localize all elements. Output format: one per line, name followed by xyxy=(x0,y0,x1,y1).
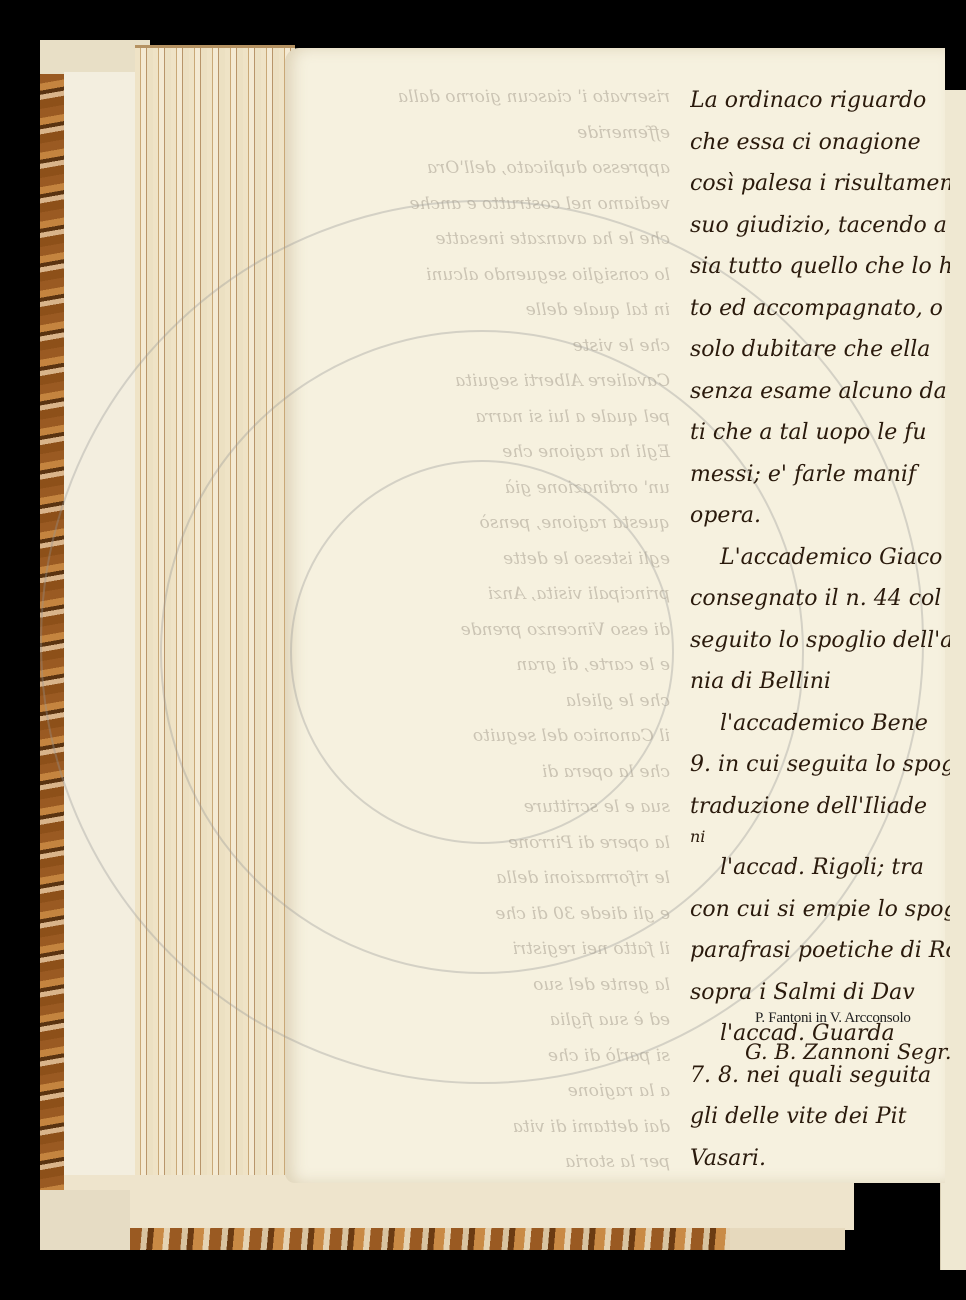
text-line: sia tutto quello che lo ha xyxy=(690,246,950,288)
bleed-line: di esso Vincenzo prende xyxy=(300,613,670,649)
text-line: traduzione dell'Iliade xyxy=(690,786,950,828)
bleed-line: la gente del suo xyxy=(300,968,670,1004)
text-line: ti che a tal uopo le fu xyxy=(690,412,950,454)
text-line: così palesa i risultamen xyxy=(690,163,950,205)
pastedown-bottom xyxy=(64,1175,854,1230)
bleed-line: che le gliela xyxy=(300,684,670,720)
signature: G. B. Zannoni Segr. xyxy=(745,1040,952,1064)
bleed-line: si parlò di che xyxy=(300,1039,670,1075)
bleed-line: che le viste xyxy=(300,329,670,365)
bleed-line: che le ha avanzate inesatte xyxy=(300,222,670,258)
bleed-line: per la storia xyxy=(300,1145,670,1181)
bleed-line: dai dettami di vita xyxy=(300,1110,670,1146)
text-line: La ordinaco riguardo xyxy=(690,80,950,122)
bleed-line: il fatto nei registri xyxy=(300,932,670,968)
bleed-line: a la ragione xyxy=(300,1074,670,1110)
text-line: senza esame alcuno da xyxy=(690,371,950,413)
text-line: opera. xyxy=(690,495,950,537)
bleed-line: sua e le scritture xyxy=(300,790,670,826)
text-line: to ed accompagnato, o d xyxy=(690,288,950,330)
bleed-line: e gli diede 30 di che xyxy=(300,897,670,933)
text-line: parafrasi poetiche di Ro xyxy=(690,930,950,972)
stamp-text: P. Fantoni in V. Arcconsolo xyxy=(755,1010,911,1027)
bleed-line: lo consiglio seguendo alcuni xyxy=(300,258,670,294)
marbled-board-bottom xyxy=(130,1228,730,1250)
bleed-line: ed è sua figlia xyxy=(300,1003,670,1039)
bleed-line: egli istesso le dette xyxy=(300,542,670,578)
bleed-line: riservato i' ciascun giorno dalla xyxy=(300,80,670,116)
bleed-line: che la opera di xyxy=(300,755,670,791)
text-line: che essa ci onagione xyxy=(690,122,950,164)
bleed-line: la opere di Pirrone xyxy=(300,826,670,862)
text-line: ni xyxy=(690,827,950,847)
bleed-through-text: riservato i' ciascun giorno dalla effeme… xyxy=(300,80,670,1160)
bleed-line: un' ordinazione già xyxy=(300,471,670,507)
text-line: con cui si empie lo spog xyxy=(690,889,950,931)
bleed-line: Cavaliere Alberti seguita xyxy=(300,364,670,400)
bleed-line: il Canonico del seguito xyxy=(300,719,670,755)
bleed-line: in tal quale delle xyxy=(300,293,670,329)
text-line: messi; e' farle manif xyxy=(690,454,950,496)
bleed-line: questa ragione, pensò xyxy=(300,506,670,542)
vellum-corner-bottom-right xyxy=(730,1228,845,1250)
vellum-corner-bottom-left xyxy=(40,1190,130,1250)
text-line: Vasari. xyxy=(690,1138,950,1180)
bleed-line: Egli ha ragione che xyxy=(300,435,670,471)
bleed-line: vediamo nel costrutto e anche xyxy=(300,187,670,223)
text-line: L'accademico Giaco xyxy=(690,537,950,579)
bleed-line: e le carte, di gran xyxy=(300,648,670,684)
text-line: sopra i Salmi di Dav xyxy=(690,972,950,1014)
bleed-line: appresso duplicato, dell'Ora xyxy=(300,151,670,187)
bleed-line: pel quale a lui si narra xyxy=(300,400,670,436)
text-line: consegnato il n. 44 col xyxy=(690,578,950,620)
bleed-line: le riformazioni della xyxy=(300,861,670,897)
text-line: suo giudizio, tacendo a xyxy=(690,205,950,247)
text-line: l'accademico Bene xyxy=(690,703,950,745)
bleed-line: effemeride xyxy=(300,116,670,152)
text-line: 9. in cui seguita lo spog xyxy=(690,744,950,786)
text-line: seguito lo spoglio dell'a xyxy=(690,620,950,662)
bleed-line: principali visita, Anzi xyxy=(300,577,670,613)
vellum-corner-top xyxy=(40,40,150,74)
text-line: nia di Bellini xyxy=(690,661,950,703)
text-line: solo dubitare che ella xyxy=(690,329,950,371)
text-line: l'accad. Rigoli; tra xyxy=(690,847,950,889)
text-line: gli delle vite dei Pit xyxy=(690,1096,950,1138)
